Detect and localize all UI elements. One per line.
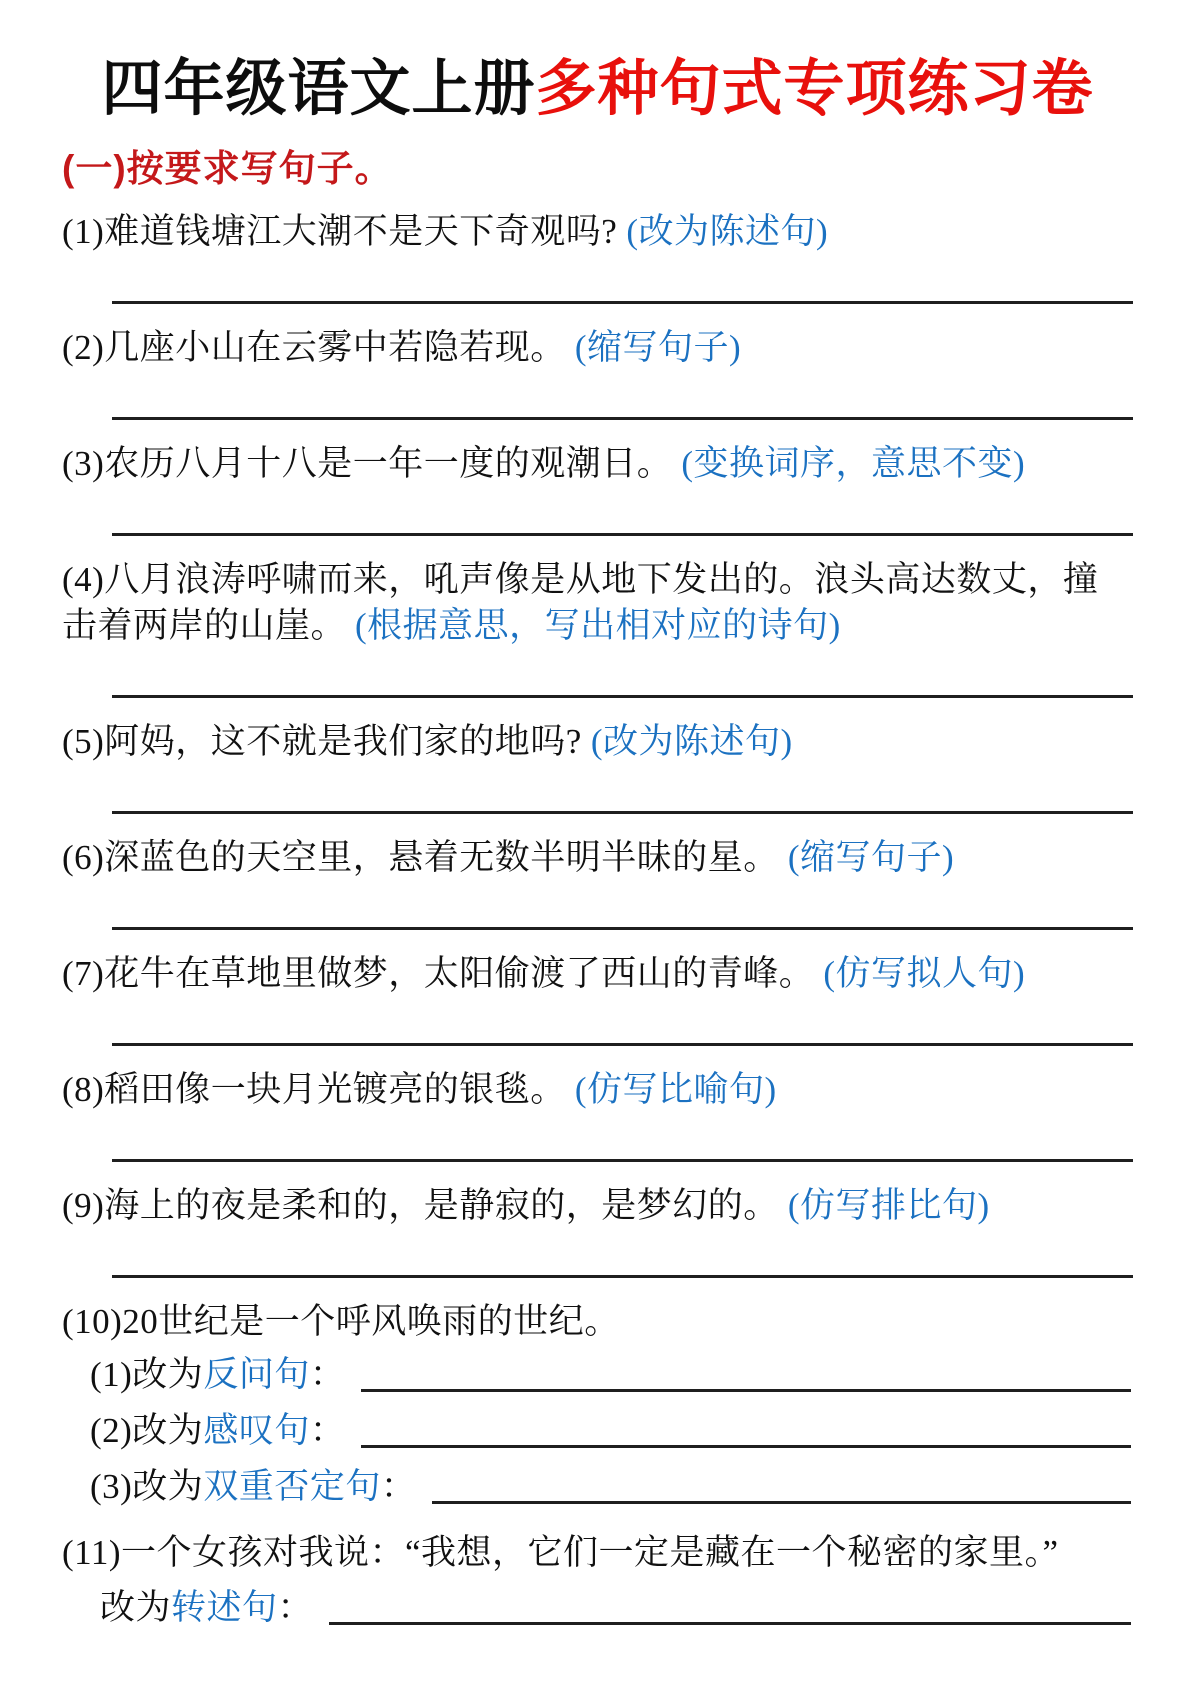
answer-underline-10-3 — [432, 1501, 1131, 1504]
answer-line-8 — [112, 1159, 1133, 1162]
question-3: (3)农历八月十八是一年一度的观潮日。(变换词序，意思不变) — [62, 441, 1133, 536]
sub-2-colon: ： — [310, 1405, 346, 1457]
question-10-sub-3: (3)改为双重否定句： — [90, 1461, 1133, 1513]
question-10-text: (10)20世纪是一个呼风唤雨的世纪。 — [62, 1302, 620, 1341]
question-10: (10)20世纪是一个呼风唤雨的世纪。 (1)改为反问句： (2)改为感叹句： … — [62, 1299, 1133, 1513]
answer-line-5 — [112, 811, 1133, 814]
question-2-hint: (缩写句子) — [575, 328, 741, 367]
question-10-sub-2: (2)改为感叹句： — [90, 1405, 1133, 1457]
question-3-text: (3)农历八月十八是一年一度的观潮日。 — [62, 444, 672, 483]
sub-1-colon: ： — [310, 1349, 346, 1401]
question-1-hint: (改为陈述句) — [626, 212, 828, 251]
sub-1-prefix: (1)改为 — [90, 1349, 203, 1401]
question-5-text: (5)阿妈，这不就是我们家的地吗? — [62, 722, 582, 761]
sub-3-colon: ： — [381, 1461, 417, 1513]
question-7-hint: (仿写拟人句) — [823, 954, 1025, 993]
answer-line-9 — [112, 1275, 1133, 1278]
question-6-text: (6)深蓝色的天空里，悬着无数半明半昧的星。 — [62, 838, 779, 877]
question-7: (7)花牛在草地里做梦，太阳偷渡了西山的青峰。(仿写拟人句) — [62, 951, 1133, 1046]
sub-11-term: 转述句 — [171, 1582, 278, 1634]
question-9-hint: (仿写排比句) — [788, 1186, 990, 1225]
sub-3-prefix: (3)改为 — [90, 1461, 203, 1513]
question-8-hint: (仿写比喻句) — [575, 1070, 777, 1109]
sub-2-term: 感叹句 — [203, 1405, 310, 1457]
question-8-text: (8)稻田像一块月光镀亮的银毯。 — [62, 1070, 566, 1109]
question-5: (5)阿妈，这不就是我们家的地吗?(改为陈述句) — [62, 719, 1133, 814]
question-9-text: (9)海上的夜是柔和的，是静寂的，是梦幻的。 — [62, 1186, 779, 1225]
question-11: (11)一个女孩对我说：“我想，它们一定是藏在一个秘密的家里。” 改为转述句： — [62, 1530, 1133, 1634]
worksheet-page: 四年级语文上册多种句式专项练习卷 (一)按要求写句子。 (1)难道钱塘江大潮不是… — [0, 0, 1191, 1684]
title-course-part: 四年级语文上册 — [101, 56, 535, 123]
question-11-text: (11)一个女孩对我说：“我想，它们一定是藏在一个秘密的家里。” — [62, 1533, 1059, 1572]
question-3-hint: (变换词序，意思不变) — [681, 444, 1025, 483]
question-1: (1)难道钱塘江大潮不是天下奇观吗?(改为陈述句) — [62, 209, 1133, 304]
question-1-text: (1)难道钱塘江大潮不是天下奇观吗? — [62, 212, 617, 251]
question-6: (6)深蓝色的天空里，悬着无数半明半昧的星。(缩写句子) — [62, 835, 1133, 930]
sub-11-prefix: 改为 — [100, 1582, 171, 1634]
question-8: (8)稻田像一块月光镀亮的银毯。(仿写比喻句) — [62, 1067, 1133, 1162]
answer-underline-11 — [329, 1622, 1131, 1625]
question-4: (4)八月浪涛呼啸而来，吼声像是从地下发出的。浪头高达数丈，撞击着两岸的山崖。(… — [62, 557, 1133, 698]
page-title: 四年级语文上册多种句式专项练习卷 — [62, 52, 1133, 128]
question-9: (9)海上的夜是柔和的，是静寂的，是梦幻的。(仿写排比句) — [62, 1183, 1133, 1278]
answer-line-7 — [112, 1043, 1133, 1046]
answer-line-6 — [112, 927, 1133, 930]
question-2-text: (2)几座小山在云雾中若隐若现。 — [62, 328, 566, 367]
question-6-hint: (缩写句子) — [788, 838, 954, 877]
question-5-hint: (改为陈述句) — [591, 722, 793, 761]
answer-line-1 — [112, 301, 1133, 304]
sub-1-term: 反问句 — [203, 1349, 310, 1401]
sub-3-term: 双重否定句 — [203, 1461, 381, 1513]
answer-underline-10-1 — [361, 1389, 1131, 1392]
answer-line-4 — [112, 695, 1133, 698]
question-10-sub-1: (1)改为反问句： — [90, 1349, 1133, 1401]
sub-11-colon: ： — [278, 1582, 314, 1634]
answer-line-2 — [112, 417, 1133, 420]
section-heading: (一)按要求写句子。 — [62, 138, 1133, 192]
answer-line-3 — [112, 533, 1133, 536]
question-4-hint: (根据意思，写出相对应的诗句) — [355, 606, 841, 645]
question-2: (2)几座小山在云雾中若隐若现。(缩写句子) — [62, 325, 1133, 420]
question-7-text: (7)花牛在草地里做梦，太阳偷渡了西山的青峰。 — [62, 954, 814, 993]
title-topic-part: 多种句式专项练习卷 — [536, 56, 1094, 123]
sub-2-prefix: (2)改为 — [90, 1405, 203, 1457]
answer-underline-10-2 — [361, 1445, 1131, 1448]
question-11-sub: 改为转述句： — [100, 1582, 1133, 1634]
